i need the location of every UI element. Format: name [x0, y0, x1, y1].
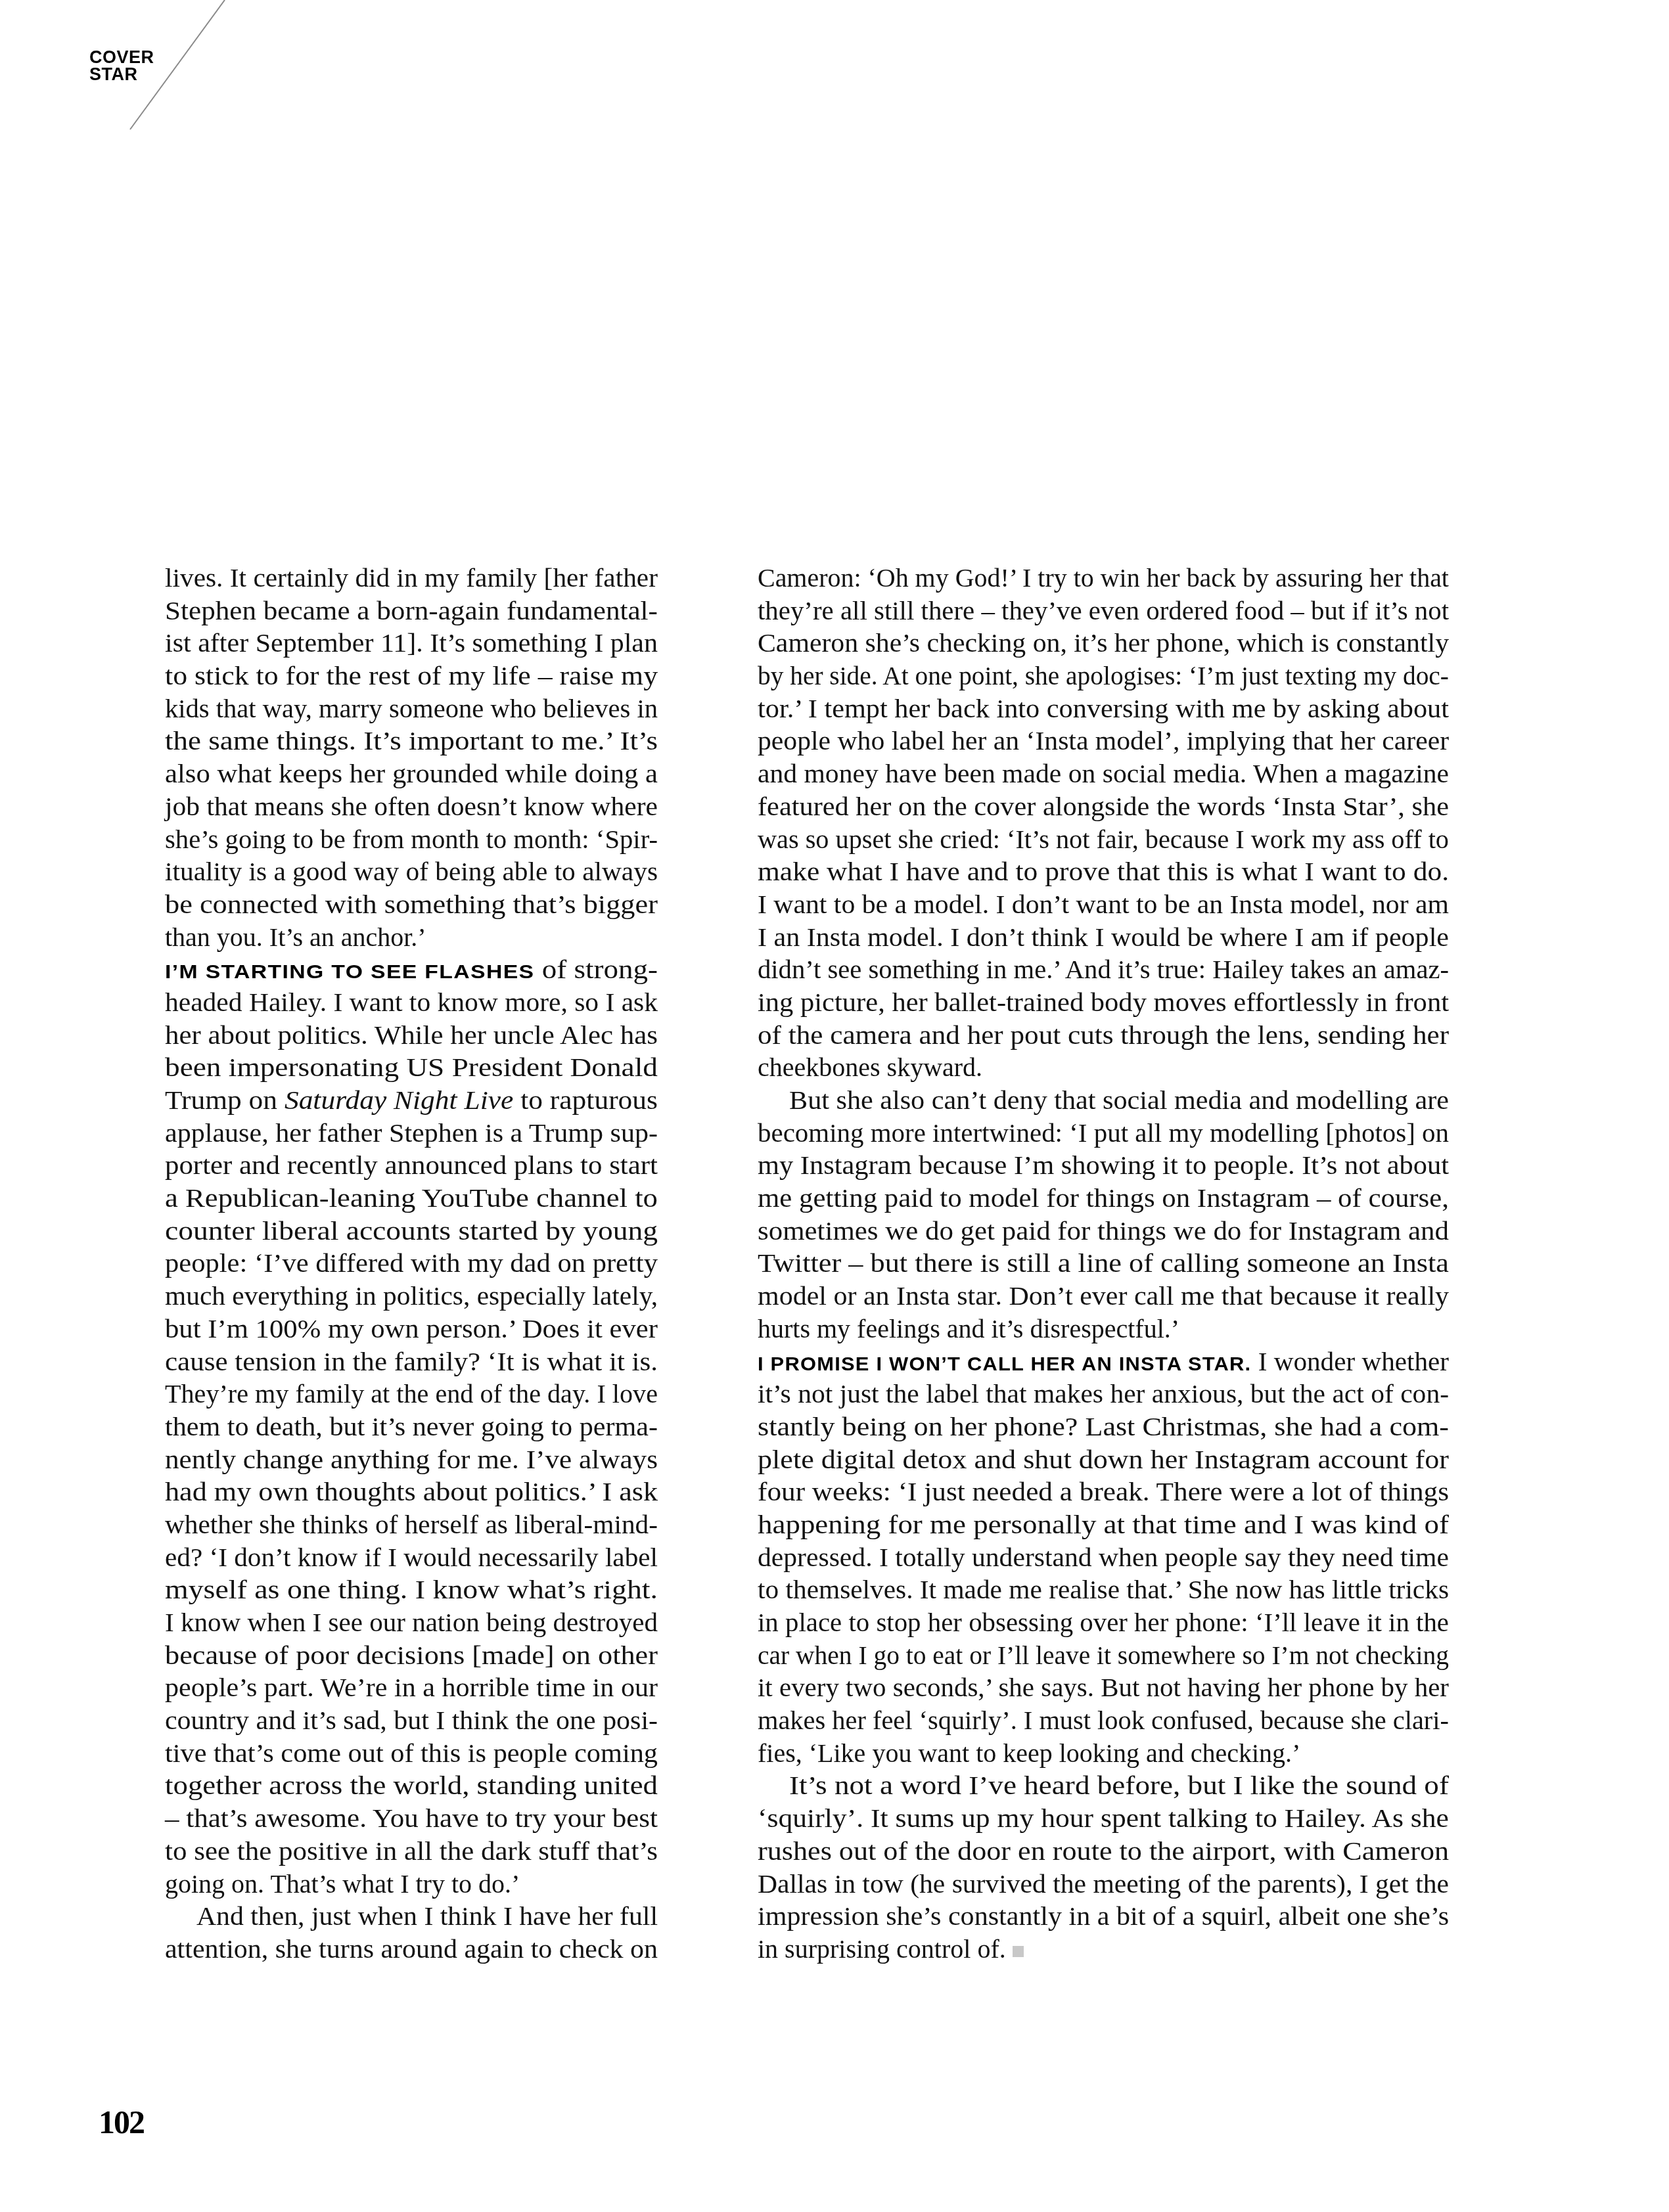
text-line: it’s not just the label that makes her a…	[758, 1378, 1449, 1411]
text-line-content: But she also can’t deny that social medi…	[789, 1084, 1449, 1117]
text-line: impression she’s constantly in a bit of …	[758, 1900, 1449, 1933]
text-line-content: because of poor decisions [made] on othe…	[165, 1639, 658, 1672]
text-line-content: them to death, but it’s never going to p…	[165, 1411, 658, 1443]
text-line: in surprising control of.	[758, 1933, 1449, 1966]
text-line-content: had my own thoughts about politics.’ I a…	[165, 1476, 658, 1508]
text-line-content: much everything in politics, especially …	[165, 1280, 658, 1313]
text-line: cause tension in the family? ‘It is what…	[165, 1345, 658, 1378]
text-line-content: Stephen became a born-again fundamental-	[165, 595, 658, 627]
text-line: But she also can’t deny that social medi…	[758, 1084, 1449, 1117]
text-line-content: Cameron: ‘Oh my God!’ I try to win her b…	[758, 562, 1449, 595]
text-line: rushes out of the door en route to the a…	[758, 1835, 1449, 1868]
text-line: people’s part. We’re in a horrible time …	[165, 1671, 658, 1704]
text-line: It’s not a word I’ve heard before, but I…	[758, 1769, 1449, 1802]
text-line: plete digital detox and shut down her In…	[758, 1443, 1449, 1476]
text-line-content: also what keeps her grounded while doing…	[165, 757, 658, 790]
text-line: Cameron: ‘Oh my God!’ I try to win her b…	[758, 562, 1449, 595]
text-line: my Instagram because I’m showing it to p…	[758, 1149, 1449, 1182]
text-line-content: happening for me personally at that time…	[758, 1508, 1449, 1541]
text-line: applause, her father Stephen is a Trump …	[165, 1117, 658, 1150]
text-line-content: they’re all still there – they’ve even o…	[758, 595, 1449, 627]
text-line-content: together across the world, standing unit…	[165, 1769, 658, 1802]
text-line-content: It’s not a word I’ve heard before, but I…	[789, 1769, 1449, 1802]
text-line: ‘squirly’. It sums up my hour spent talk…	[758, 1802, 1449, 1835]
text-line-content: tive that’s come out of this is people c…	[165, 1737, 658, 1770]
text-line-content: whether she thinks of herself as liberal…	[165, 1508, 658, 1541]
text-line: ed? ‘I don’t know if I would necessarily…	[165, 1541, 658, 1574]
end-mark-square	[1013, 1946, 1024, 1957]
text-line-content: ing picture, her ballet-trained body mov…	[758, 986, 1449, 1019]
text-line: job that means she often doesn’t know wh…	[165, 790, 658, 823]
text-line-content: by her side. At one point, she apologise…	[758, 660, 1449, 692]
text-line-content: lives. It certainly did in my family [he…	[165, 562, 658, 595]
italic-title: Saturday Night Live	[285, 1085, 513, 1115]
text-line-content: I an Insta model. I don’t think I would …	[758, 921, 1449, 954]
text-line: but I’m 100% my own person.’ Does it eve…	[165, 1313, 658, 1345]
section-tag-line-2: STAR	[89, 66, 154, 83]
text-line: to see the positive in all the dark stuf…	[165, 1835, 658, 1868]
text-line: counter liberal accounts started by youn…	[165, 1215, 658, 1248]
text-line-content: becoming more intertwined: ‘I put all my…	[758, 1117, 1449, 1150]
text-line-content: sometimes we do get paid for things we d…	[758, 1215, 1449, 1248]
text-line: featured her on the cover alongside the …	[758, 790, 1449, 823]
text-line: Trump on Saturday Night Live to rapturou…	[165, 1084, 658, 1117]
text-line: whether she thinks of herself as liberal…	[165, 1508, 658, 1541]
text-line-content: job that means she often doesn’t know wh…	[165, 790, 658, 823]
section-tag-line-1: COVER	[89, 49, 154, 66]
text-line: a Republican-leaning YouTube channel to	[165, 1182, 658, 1215]
text-line-content: ‘squirly’. It sums up my hour spent talk…	[758, 1802, 1449, 1835]
text-line: Cameron she’s checking on, it’s her phon…	[758, 627, 1449, 660]
text-line: together across the world, standing unit…	[165, 1769, 658, 1802]
text-line: they’re all still there – they’ve even o…	[758, 595, 1449, 627]
text-line: And then, just when I think I have her f…	[165, 1900, 658, 1933]
text-line: make what I have and to prove that this …	[758, 855, 1449, 888]
text-line-content: it every two seconds,’ she says. But not…	[758, 1671, 1449, 1704]
text-line-content: makes her feel ‘squirly’. I must look co…	[758, 1704, 1449, 1737]
text-line-content: cause tension in the family? ‘It is what…	[165, 1345, 658, 1378]
text-line: Dallas in tow (he survived the meeting o…	[758, 1868, 1449, 1901]
text-line-content: country and it’s sad, but I think the on…	[165, 1704, 658, 1737]
text-line: headed Hailey. I want to know more, so I…	[165, 986, 658, 1019]
article-column-left: lives. It certainly did in my family [he…	[165, 562, 658, 1966]
text-line: four weeks: ‘I just needed a break. Ther…	[758, 1476, 1449, 1508]
text-line-content: Dallas in tow (he survived the meeting o…	[758, 1868, 1449, 1901]
text-line-content: in surprising control of.	[758, 1933, 1024, 1966]
text-line-content: And then, just when I think I have her f…	[196, 1900, 658, 1933]
text-line: – that’s awesome. You have to try your b…	[165, 1802, 658, 1835]
text-line-content: going on. That’s what I try to do.’	[165, 1868, 520, 1901]
text-line: them to death, but it’s never going to p…	[165, 1411, 658, 1443]
text-line: and money have been made on social media…	[758, 757, 1449, 790]
text-line-content: to themselves. It made me realise that.’…	[758, 1573, 1449, 1606]
text-line-content: make what I have and to prove that this …	[758, 855, 1449, 888]
text-line: They’re my family at the end of the day.…	[165, 1378, 658, 1411]
text-line-content: attention, she turns around again to che…	[165, 1933, 658, 1966]
text-line: it every two seconds,’ she says. But not…	[758, 1671, 1449, 1704]
text-line-content: I know when I see our nation being destr…	[165, 1606, 658, 1639]
text-line-content: I want to be a model. I don’t want to be…	[758, 888, 1449, 921]
text-line-content: kids that way, marry someone who believe…	[165, 692, 658, 725]
text-line-content: nently change anything for me. I’ve alwa…	[165, 1443, 658, 1476]
text-line: of the camera and her pout cuts through …	[758, 1019, 1449, 1052]
text-line: myself as one thing. I know what’s right…	[165, 1573, 658, 1606]
text-line-content: stantly being on her phone? Last Christm…	[758, 1411, 1449, 1443]
text-line: hurts my feelings and it’s disrespectful…	[758, 1313, 1449, 1345]
text-line: didn’t see something in me.’ And it’s tr…	[758, 953, 1449, 986]
text-line: cheekbones skyward.	[758, 1051, 1449, 1084]
text-line-content: headed Hailey. I want to know more, so I…	[165, 986, 658, 1019]
text-line-content: depressed. I totally understand when peo…	[758, 1541, 1449, 1574]
text-line-content: people’s part. We’re in a horrible time …	[165, 1671, 658, 1704]
text-line-content: featured her on the cover alongside the …	[758, 790, 1449, 823]
text-line: lives. It certainly did in my family [he…	[165, 562, 658, 595]
text-line-content: but I’m 100% my own person.’ Does it eve…	[165, 1313, 658, 1345]
text-line: stantly being on her phone? Last Christm…	[758, 1411, 1449, 1443]
text-line-content: to see the positive in all the dark stuf…	[165, 1835, 658, 1868]
text-line-content: a Republican-leaning YouTube channel to	[165, 1182, 658, 1215]
text-line: ist after September 11]. It’s something …	[165, 627, 658, 660]
text-line-content: tor.’ I tempt her back into conversing w…	[758, 692, 1449, 725]
text-line: by her side. At one point, she apologise…	[758, 660, 1449, 692]
text-line-content: and money have been made on social media…	[758, 757, 1449, 790]
text-line-content: fies, ‘Like you want to keep looking and…	[758, 1737, 1300, 1770]
text-line: model or an Insta star. Don’t ever call …	[758, 1280, 1449, 1313]
text-line: kids that way, marry someone who believe…	[165, 692, 658, 725]
text-line-content: I’M STARTING TO SEE FLASHES of strong-	[165, 953, 658, 989]
text-line: ing picture, her ballet-trained body mov…	[758, 986, 1449, 1019]
text-line-content: of the camera and her pout cuts through …	[758, 1019, 1449, 1052]
text-line: been impersonating US President Donald	[165, 1051, 658, 1084]
text-line-content: counter liberal accounts started by youn…	[165, 1215, 658, 1248]
text-line-content: Cameron she’s checking on, it’s her phon…	[758, 627, 1449, 660]
text-line: to stick to for the rest of my life – ra…	[165, 660, 658, 692]
run-in-heading: I’M STARTING TO SEE FLASHES	[165, 961, 534, 983]
text-line-content: rushes out of the door en route to the a…	[758, 1835, 1449, 1868]
text-line-content: her about politics. While her uncle Alec…	[165, 1019, 658, 1052]
text-line: I know when I see our nation being destr…	[165, 1606, 658, 1639]
text-line-content: was so upset she cried: ‘It’s not fair, …	[758, 823, 1449, 856]
text-line-content: ituality is a good way of being able to …	[165, 855, 658, 888]
text-line: tive that’s come out of this is people c…	[165, 1737, 658, 1770]
text-line: her about politics. While her uncle Alec…	[165, 1019, 658, 1052]
text-line-content: me getting paid to model for things on I…	[758, 1182, 1449, 1215]
text-line-content: I PROMISE I WON’T CALL HER AN INSTA STAR…	[758, 1345, 1449, 1381]
text-line: much everything in politics, especially …	[165, 1280, 658, 1313]
text-line-content: my Instagram because I’m showing it to p…	[758, 1149, 1449, 1182]
text-line-content: model or an Insta star. Don’t ever call …	[758, 1280, 1449, 1313]
run-in-heading: I PROMISE I WON’T CALL HER AN INSTA STAR…	[758, 1353, 1251, 1375]
text-line-content: people who label her an ‘Insta model’, i…	[758, 725, 1449, 757]
text-line-content: than you. It’s an anchor.’	[165, 921, 426, 954]
text-line-content: applause, her father Stephen is a Trump …	[165, 1117, 658, 1150]
text-line-content: four weeks: ‘I just needed a break. Ther…	[758, 1476, 1449, 1508]
text-line-content: Trump on Saturday Night Live to rapturou…	[165, 1084, 658, 1117]
text-line: nently change anything for me. I’ve alwa…	[165, 1443, 658, 1476]
text-line-content: it’s not just the label that makes her a…	[758, 1378, 1449, 1411]
text-line-content: ist after September 11]. It’s something …	[165, 627, 658, 660]
text-line-content: been impersonating US President Donald	[165, 1051, 658, 1084]
text-line: people who label her an ‘Insta model’, i…	[758, 725, 1449, 757]
text-line: had my own thoughts about politics.’ I a…	[165, 1476, 658, 1508]
text-line: makes her feel ‘squirly’. I must look co…	[758, 1704, 1449, 1737]
text-line: car when I go to eat or I’ll leave it so…	[758, 1639, 1449, 1672]
text-line: porter and recently announced plans to s…	[165, 1149, 658, 1182]
text-line: fies, ‘Like you want to keep looking and…	[758, 1737, 1449, 1770]
text-line-content: people: ‘I’ve differed with my dad on pr…	[165, 1247, 658, 1280]
text-line: Twitter – but there is still a line of c…	[758, 1247, 1449, 1280]
text-line: Stephen became a born-again fundamental-	[165, 595, 658, 627]
text-line: also what keeps her grounded while doing…	[165, 757, 658, 790]
text-line: people: ‘I’ve differed with my dad on pr…	[165, 1247, 658, 1280]
text-line-content: be connected with something that’s bigge…	[165, 888, 658, 921]
text-line-content: to stick to for the rest of my life – ra…	[165, 660, 658, 692]
text-line-content: in place to stop her obsessing over her …	[758, 1606, 1449, 1639]
text-line-content: she’s going to be from month to month: ‘…	[165, 823, 658, 856]
text-line: tor.’ I tempt her back into conversing w…	[758, 692, 1449, 725]
text-line: because of poor decisions [made] on othe…	[165, 1639, 658, 1672]
text-line: in place to stop her obsessing over her …	[758, 1606, 1449, 1639]
article-column-right: Cameron: ‘Oh my God!’ I try to win her b…	[758, 562, 1449, 1966]
text-line-content: porter and recently announced plans to s…	[165, 1149, 658, 1182]
text-line-content: Twitter – but there is still a line of c…	[758, 1247, 1449, 1280]
text-line-content: impression she’s constantly in a bit of …	[758, 1900, 1449, 1933]
text-line: I PROMISE I WON’T CALL HER AN INSTA STAR…	[758, 1345, 1449, 1378]
text-line: ituality is a good way of being able to …	[165, 855, 658, 888]
text-line: to themselves. It made me realise that.’…	[758, 1573, 1449, 1606]
text-line-content: myself as one thing. I know what’s right…	[165, 1573, 658, 1606]
text-line: becoming more intertwined: ‘I put all my…	[758, 1117, 1449, 1150]
text-line: sometimes we do get paid for things we d…	[758, 1215, 1449, 1248]
text-line: happening for me personally at that time…	[758, 1508, 1449, 1541]
text-line-content: cheekbones skyward.	[758, 1051, 982, 1084]
text-line: was so upset she cried: ‘It’s not fair, …	[758, 823, 1449, 856]
text-line-content: didn’t see something in me.’ And it’s tr…	[758, 953, 1449, 986]
magazine-page: COVER STAR lives. It certainly did in my…	[0, 0, 1669, 2212]
text-line-content: car when I go to eat or I’ll leave it so…	[758, 1639, 1449, 1672]
text-line-content: the same things. It’s important to me.’ …	[165, 725, 658, 757]
text-line: I’M STARTING TO SEE FLASHES of strong-	[165, 953, 658, 986]
text-line: than you. It’s an anchor.’	[165, 921, 658, 954]
text-line: depressed. I totally understand when peo…	[758, 1541, 1449, 1574]
text-line: I want to be a model. I don’t want to be…	[758, 888, 1449, 921]
text-line-content: hurts my feelings and it’s disrespectful…	[758, 1313, 1179, 1345]
text-line-content: plete digital detox and shut down her In…	[758, 1443, 1449, 1476]
text-line: the same things. It’s important to me.’ …	[165, 725, 658, 757]
text-line: I an Insta model. I don’t think I would …	[758, 921, 1449, 954]
section-tag: COVER STAR	[89, 49, 154, 83]
text-line: she’s going to be from month to month: ‘…	[165, 823, 658, 856]
text-line: be connected with something that’s bigge…	[165, 888, 658, 921]
text-line: attention, she turns around again to che…	[165, 1933, 658, 1966]
text-line-content: They’re my family at the end of the day.…	[165, 1378, 658, 1411]
text-line-content: – that’s awesome. You have to try your b…	[165, 1802, 658, 1835]
text-line: country and it’s sad, but I think the on…	[165, 1704, 658, 1737]
text-line: me getting paid to model for things on I…	[758, 1182, 1449, 1215]
text-line: going on. That’s what I try to do.’	[165, 1868, 658, 1901]
page-number: 102	[99, 2106, 144, 2138]
text-line-content: ed? ‘I don’t know if I would necessarily…	[165, 1541, 658, 1574]
